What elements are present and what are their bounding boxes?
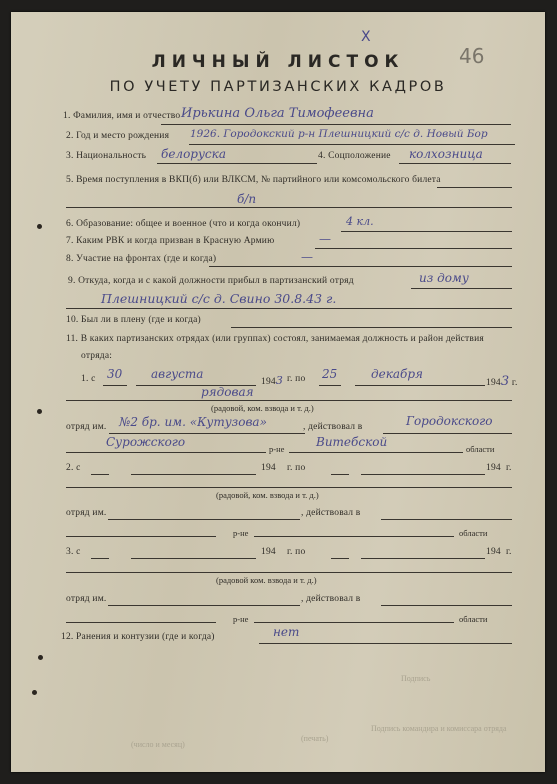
period-1-from-day: 30 xyxy=(107,367,122,381)
field-1-label: 1. Фамилия, имя и отчество xyxy=(63,111,180,121)
period-1-unit-line xyxy=(109,433,305,434)
field-4-line xyxy=(399,163,511,164)
period-3-to-day-line xyxy=(331,558,349,559)
field-1-value: Ирькина Ольга Тимофеевна xyxy=(181,106,374,121)
period-1-to-year: 1943 г. xyxy=(486,374,518,389)
field-11-label: 11. В каких партизанских отрядах (или гр… xyxy=(66,334,484,344)
field-6-label: 6. Образование: общее и военное (что и к… xyxy=(66,219,300,229)
period-3-to-label: г. по xyxy=(287,547,305,557)
field-6-value: 4 кл. xyxy=(346,215,374,228)
period-3-to-month-line xyxy=(361,558,485,559)
period-1-district: Городокского xyxy=(406,414,492,428)
period-2-rne-label: р-не xyxy=(233,528,248,538)
period-2-from-year: 194 xyxy=(261,463,276,473)
period-1-to-label: г. по xyxy=(287,374,305,384)
period-2-num: 2. с xyxy=(66,463,81,473)
period-2-to-month-line xyxy=(361,474,485,475)
period-2-district-line xyxy=(381,519,512,520)
period-3-unit-line xyxy=(108,605,300,606)
field-7-value: — xyxy=(319,232,331,246)
field-7-line xyxy=(315,248,512,249)
field-5-value: б/п xyxy=(237,192,256,206)
period-2-rne-line xyxy=(66,536,216,537)
period-1-to-day-line xyxy=(319,385,341,386)
period-1-position-line xyxy=(66,400,512,401)
period-1-unit-label: отряд им. xyxy=(66,422,107,432)
field-7-label: 7. Каким РВК и когда призван в Красную А… xyxy=(66,236,274,246)
top-mark: X xyxy=(361,29,371,45)
period-1-to-month-line xyxy=(355,385,485,386)
period-1-position: рядовая xyxy=(201,385,254,399)
field-5-line-a xyxy=(437,187,512,188)
period-3-acted-label: , действовал в xyxy=(301,594,361,604)
field-1-line xyxy=(161,124,511,125)
field-3-label: 3. Национальность xyxy=(66,151,146,161)
bleed-text-2: Подпись командира и комиссара отряда xyxy=(371,724,507,733)
field-2-label: 2. Год и место рождения xyxy=(66,131,169,141)
period-2-from-month-line xyxy=(131,474,256,475)
field-2-line xyxy=(189,144,515,145)
period-2-to-label: г. по xyxy=(287,463,305,473)
period-3-district-line xyxy=(381,605,512,606)
period-3-position-hint: (радовой ком. взвода и т. д.) xyxy=(216,575,317,585)
punch-hole xyxy=(32,690,37,695)
period-1-num: 1. с xyxy=(81,374,96,384)
period-3-from-day-line xyxy=(91,558,109,559)
period-3-region-line xyxy=(254,622,454,623)
field-12-value: нет xyxy=(273,625,299,639)
period-1-from-month: августа xyxy=(151,367,203,381)
field-3-line xyxy=(157,163,317,164)
punch-hole xyxy=(37,224,42,229)
document-page: X 46 ЛИЧНЫЙ ЛИСТОК ПО УЧЕТУ ПАРТИЗАНСКИХ… xyxy=(11,12,545,772)
period-3-position-line xyxy=(66,572,512,573)
period-1-acted-label: , действовал в xyxy=(303,422,363,432)
period-1-rne-line xyxy=(66,452,266,453)
field-5-line-b xyxy=(66,207,512,208)
period-3-unit-label: отряд им. xyxy=(66,594,107,604)
field-8-line xyxy=(209,266,512,267)
document-subtitle: ПО УЧЕТУ ПАРТИЗАНСКИХ КАДРОВ xyxy=(11,79,545,95)
period-1-region-line xyxy=(289,452,463,453)
field-9-value-2: Плешницкий с/с д. Свино 30.8.43 г. xyxy=(101,291,336,306)
field-9-line-a xyxy=(411,288,512,289)
period-1-position-hint: (радовой, ком. взвода и т. д.) xyxy=(211,403,314,413)
period-2-unit-line xyxy=(108,519,300,520)
field-9-label: 9. Откуда, когда и с какой должности при… xyxy=(68,276,354,286)
period-1-oblast-label: области xyxy=(466,444,494,454)
field-3-value: белоруска xyxy=(161,147,226,161)
period-2-acted-label: , действовал в xyxy=(301,508,361,518)
field-2-value: 1926. Городокский р-н Плешницкий с/с д. … xyxy=(190,128,488,140)
period-3-from-year: 194 xyxy=(261,547,276,557)
period-1-from-day-line xyxy=(103,385,127,386)
punch-hole xyxy=(38,655,43,660)
period-1-rne-label: р-не xyxy=(269,444,284,454)
period-3-rne-line xyxy=(66,622,216,623)
period-1-district2: Сурожского xyxy=(106,435,185,449)
field-8-value: — xyxy=(301,250,313,264)
document-title: ЛИЧНЫЙ ЛИСТОК xyxy=(11,52,545,72)
period-2-oblast-label: области xyxy=(459,528,487,538)
period-1-region: Витебской xyxy=(316,435,387,449)
period-1-district-line xyxy=(383,433,512,434)
period-2-to-year: 194 г. xyxy=(486,463,512,473)
punch-hole xyxy=(37,409,42,414)
field-12-label: 12. Ранения и контузии (где и когда) xyxy=(61,632,215,642)
period-3-oblast-label: области xyxy=(459,614,487,624)
period-2-position-hint: (радовой, ком. взвода и т. д.) xyxy=(216,490,319,500)
period-3-from-month-line xyxy=(131,558,256,559)
period-1-from-year: 1943 xyxy=(261,374,283,387)
bleed-text-3: (печать) xyxy=(301,734,328,743)
period-3-to-year: 194 г. xyxy=(486,547,512,557)
field-9-line-b xyxy=(66,308,512,309)
field-12-line xyxy=(259,643,512,644)
period-3-num: 3. с xyxy=(66,547,81,557)
bleed-text-1: Подпись xyxy=(401,674,430,683)
field-5-label: 5. Время поступления в ВКП(б) или ВЛКСМ,… xyxy=(66,175,441,185)
field-11-label-cont: отряда: xyxy=(81,351,112,361)
period-2-unit-label: отряд им. xyxy=(66,508,107,518)
period-1-to-day: 25 xyxy=(322,367,337,381)
period-2-from-day-line xyxy=(91,474,109,475)
field-10-line xyxy=(231,327,512,328)
field-4-label: 4. Соцположение xyxy=(318,151,391,161)
period-2-region-line xyxy=(254,536,454,537)
period-2-position-line xyxy=(66,487,512,488)
field-6-line xyxy=(341,231,512,232)
period-1-unit: №2 бр. им. «Кутузова» xyxy=(119,415,267,429)
bleed-text-4: (число и месяц) xyxy=(131,740,185,749)
period-1-to-month: декабря xyxy=(371,367,423,381)
period-2-to-day-line xyxy=(331,474,349,475)
period-3-rne-label: р-не xyxy=(233,614,248,624)
field-4-value: колхозница xyxy=(409,147,483,161)
field-8-label: 8. Участие на фронтах (где и когда) xyxy=(66,254,216,264)
field-9-value-1: из дому xyxy=(419,271,469,285)
field-10-label: 10. Был ли в плену (где и когда) xyxy=(66,315,201,325)
